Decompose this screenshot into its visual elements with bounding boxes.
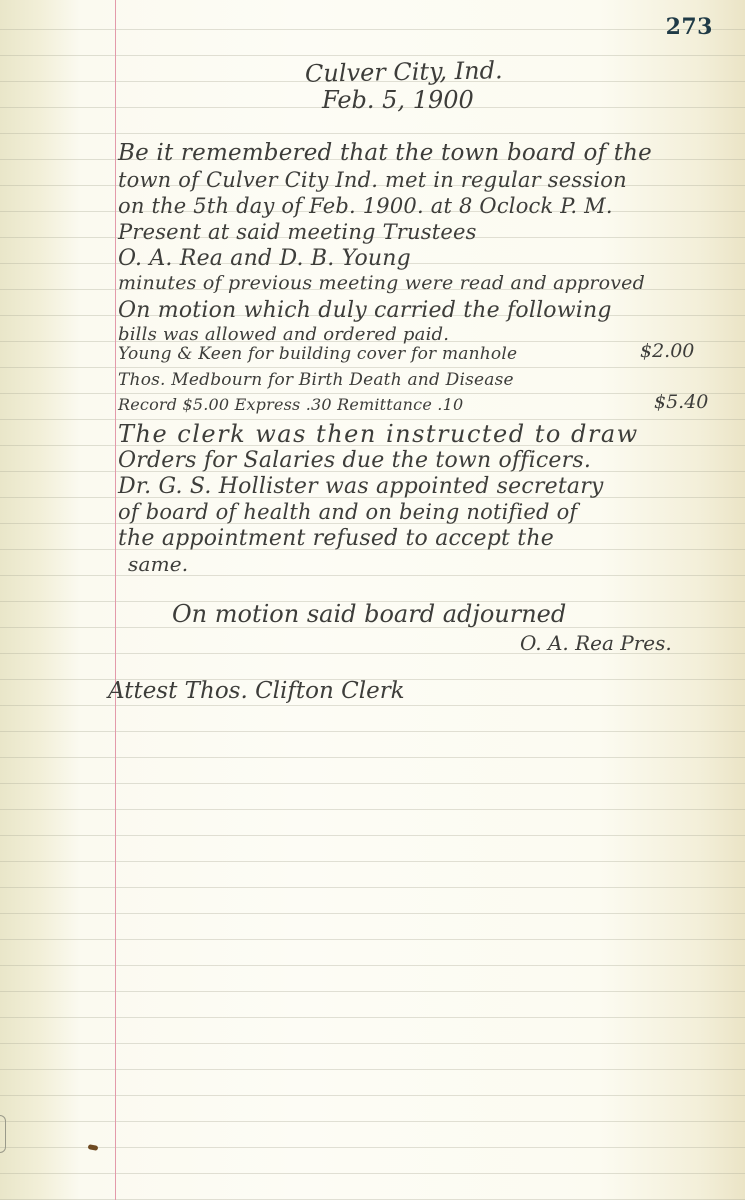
body-line: same. bbox=[128, 552, 188, 576]
body-line: Orders for Salaries due the town officer… bbox=[118, 448, 591, 473]
ledger-page: 273 Culver City, Ind. Feb. 5, 1900 Be it… bbox=[0, 0, 745, 1200]
bill-line: Young & Keen for building cover for manh… bbox=[118, 344, 517, 364]
body-line: The clerk was then instructed to draw bbox=[118, 420, 639, 448]
heading-date: Feb. 5, 1900 bbox=[322, 86, 474, 114]
page-number: 273 bbox=[666, 14, 713, 40]
body-line: town of Culver City Ind. met in regular … bbox=[118, 168, 627, 192]
bill-line: Thos. Medbourn for Birth Death and Disea… bbox=[118, 370, 514, 390]
body-line: minutes of previous meeting were read an… bbox=[118, 272, 645, 294]
heading-place: Culver City, Ind. bbox=[305, 56, 503, 87]
bill-amount: $5.40 bbox=[654, 391, 708, 413]
president-signature: O. A. Rea Pres. bbox=[520, 631, 672, 655]
body-line: on the 5th day of Feb. 1900. at 8 Oclock… bbox=[118, 194, 613, 218]
binding-hole bbox=[0, 1115, 6, 1153]
attest-signature: Attest Thos. Clifton Clerk bbox=[108, 678, 405, 704]
margin-line bbox=[115, 0, 116, 1200]
body-line: On motion which duly carried the followi… bbox=[118, 298, 612, 323]
body-line: O. A. Rea and D. B. Young bbox=[118, 246, 411, 271]
body-line: the appointment refused to accept the bbox=[118, 526, 554, 551]
bill-line: Record $5.00 Express .30 Remittance .10 bbox=[118, 395, 463, 414]
body-line: Present at said meeting Trustees bbox=[118, 220, 477, 244]
body-line: Dr. G. S. Hollister was appointed secret… bbox=[118, 474, 604, 499]
body-line: Be it remembered that the town board of … bbox=[118, 140, 652, 166]
bill-amount: $2.00 bbox=[640, 340, 694, 362]
adjournment-line: On motion said board adjourned bbox=[172, 600, 566, 628]
body-line: of board of health and on being notified… bbox=[118, 500, 577, 524]
body-line: bills was allowed and ordered paid. bbox=[118, 324, 449, 345]
